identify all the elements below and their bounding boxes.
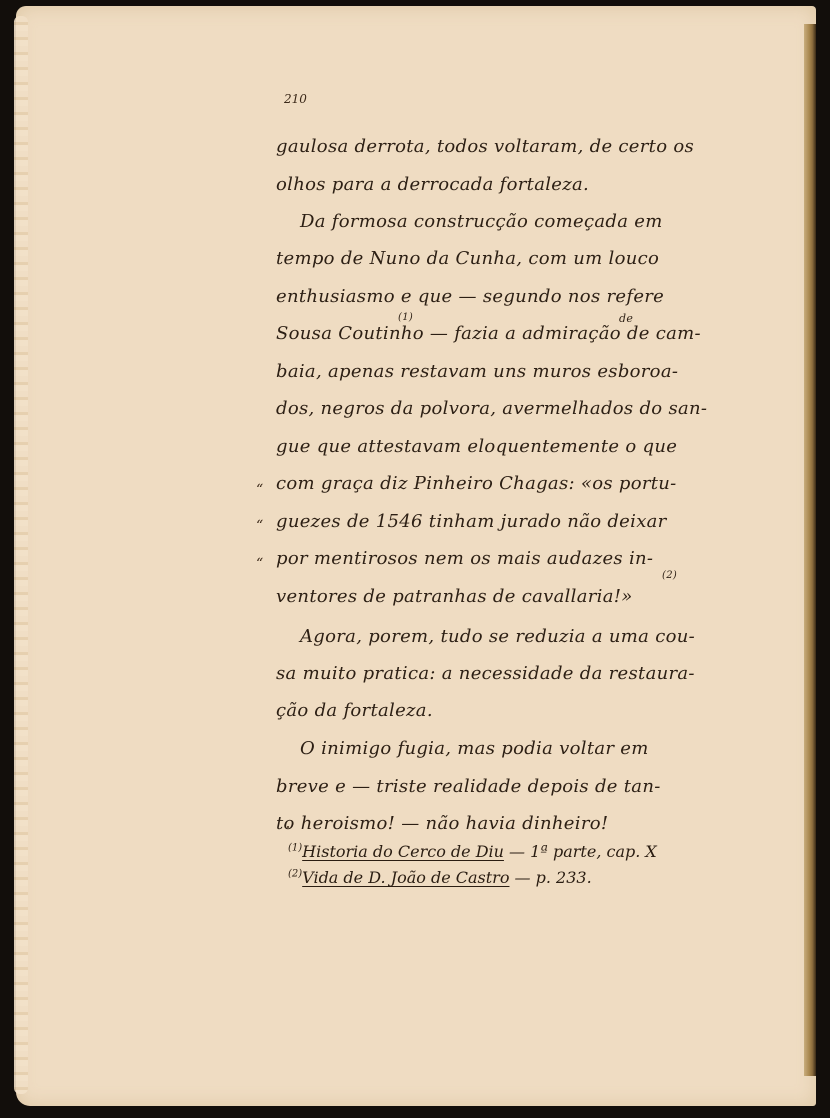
text-line: breve e — triste realidade depois de tan… xyxy=(276,776,661,797)
text-line: ção da fortaleza. xyxy=(276,700,433,721)
footnotes: (1)Historia do Cerco de Diu — 1ª parte, … xyxy=(288,842,728,894)
text-line: ventores de patranhas de cavallaria!» xyxy=(276,586,633,607)
text-line: Sousa Coutinho — fazia a admiração de ca… xyxy=(276,323,701,344)
footnote-1: (1)Historia do Cerco de Diu — 1ª parte, … xyxy=(288,842,728,868)
text-line: olhos para a derrocada fortaleza. xyxy=(276,174,589,195)
text-line: gaulosa derrota, todos voltaram, de cert… xyxy=(276,136,694,157)
footnote-2-title: Vida de D. João de Castro xyxy=(302,868,509,887)
text-line: O inimigo fugia, mas podia voltar em xyxy=(300,738,649,759)
scanned-manuscript: 210 gaulosa derrota, todos voltaram, de … xyxy=(0,0,830,1118)
ink-dot xyxy=(287,826,289,828)
text-line: sa muito pratica: a necessidade da resta… xyxy=(276,663,695,684)
text-line: gue que attestavam eloquentemente o que xyxy=(276,436,677,457)
footnote-1-title: Historia do Cerco de Diu xyxy=(302,842,504,861)
text-line: com graça diz Pinheiro Chagas: «os portu… xyxy=(276,473,677,494)
footnote-1-marker: (1) xyxy=(288,843,302,854)
footnote-marker-1: (1) xyxy=(398,312,413,323)
text-line: guezes de 1546 tinham jurado não deixar xyxy=(276,511,667,532)
text-line: por mentirosos nem os mais audazes in- xyxy=(276,548,653,569)
quote-continuation-mark: “ xyxy=(256,518,263,534)
quote-continuation-mark: “ xyxy=(256,482,263,498)
text-line: dos, negros da polvora, avermelhados do … xyxy=(276,398,707,419)
footnote-1-reference: — 1ª parte, cap. X xyxy=(504,842,657,861)
page-stack-edge xyxy=(804,24,816,1076)
text-line: tempo de Nuno da Cunha, com um louco xyxy=(276,248,659,269)
text-line: baia, apenas restavam uns muros esboroa- xyxy=(276,361,678,382)
footnote-2-reference: — p. 233. xyxy=(509,868,591,887)
text-line: Da formosa construcção começada em xyxy=(300,211,663,232)
footnote-2-marker: (2) xyxy=(288,869,302,880)
text-line: Agora, porem, tudo se reduzia a uma cou- xyxy=(300,626,695,647)
footnote-2: (2)Vida de D. João de Castro — p. 233. xyxy=(288,868,728,894)
text-line: to heroismo! — não havia dinheiro! xyxy=(276,813,608,834)
page-number: 210 xyxy=(284,92,307,106)
quote-continuation-mark: “ xyxy=(256,556,263,572)
footnote-marker-2: (2) xyxy=(662,570,677,581)
text-line: enthusiasmo e que — segundo nos refere xyxy=(276,286,664,307)
